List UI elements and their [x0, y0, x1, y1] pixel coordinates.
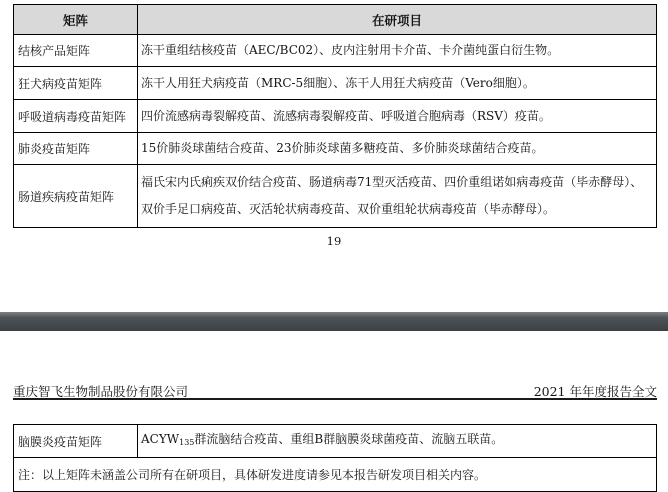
rd-matrix-table: 矩阵 在研项目 结核产品矩阵 冻干重组结核疫苗（AEC/BC02）、皮内注射用卡…	[13, 4, 657, 228]
table-row: 狂犬病疫苗矩阵 冻干人用狂犬病疫苗（MRC-5细胞）、冻干人用狂犬病疫苗（Ver…	[14, 67, 657, 100]
page-divider-bar	[0, 312, 668, 331]
table-row: 脑膜炎疫苗矩阵 ACYW135群流脑结合疫苗、重组B群脑膜炎球菌疫苗、流脑五联苗…	[14, 425, 657, 458]
projects-cell: 福氏宋内氏痢疾双价结合疫苗、肠道病毒71型灭活疫苗、四价重组诺如病毒疫苗（毕赤酵…	[138, 165, 657, 228]
projects-text-prefix: ACYW	[141, 432, 179, 446]
column-header-projects: 在研项目	[138, 5, 657, 35]
matrix-cell: 呼吸道病毒疫苗矩阵	[14, 100, 138, 133]
page-header-rule	[13, 398, 657, 400]
note-row: 注：以上矩阵未涵盖公司所有在研项目，具体研发进度请参见本报告研发项目相关内容。	[14, 458, 657, 492]
rd-matrix-table-continued: 脑膜炎疫苗矩阵 ACYW135群流脑结合疫苗、重组B群脑膜炎球菌疫苗、流脑五联苗…	[13, 424, 657, 492]
matrix-cell: 结核产品矩阵	[14, 35, 138, 67]
table-row: 结核产品矩阵 冻干重组结核疫苗（AEC/BC02）、皮内注射用卡介苗、卡介菌纯蛋…	[14, 35, 657, 67]
matrix-cell: 狂犬病疫苗矩阵	[14, 67, 138, 100]
matrix-cell: 肺炎疫苗矩阵	[14, 133, 138, 165]
table-row: 肠道疾病疫苗矩阵 福氏宋内氏痢疾双价结合疫苗、肠道病毒71型灭活疫苗、四价重组诺…	[14, 165, 657, 228]
table-row: 呼吸道病毒疫苗矩阵 四价流感病毒裂解疫苗、流感病毒裂解疫苗、呼吸道合胞病毒（RS…	[14, 100, 657, 133]
subscript-135: 135	[179, 438, 194, 447]
matrix-cell: 肠道疾病疫苗矩阵	[14, 165, 138, 228]
page-number: 19	[0, 234, 668, 248]
table-row: 肺炎疫苗矩阵 15价肺炎球菌结合疫苗、23价肺炎球菌多糖疫苗、多价肺炎球菌结合疫…	[14, 133, 657, 165]
projects-cell: 15价肺炎球菌结合疫苗、23价肺炎球菌多糖疫苗、多价肺炎球菌结合疫苗。	[138, 133, 657, 165]
projects-cell: 冻干重组结核疫苗（AEC/BC02）、皮内注射用卡介苗、卡介菌纯蛋白衍生物。	[138, 35, 657, 67]
column-header-matrix: 矩阵	[14, 5, 138, 35]
projects-cell: 冻干人用狂犬病疫苗（MRC-5细胞）、冻干人用狂犬病疫苗（Vero细胞）。	[138, 67, 657, 100]
matrix-cell: 脑膜炎疫苗矩阵	[14, 425, 138, 458]
note-cell: 注：以上矩阵未涵盖公司所有在研项目，具体研发进度请参见本报告研发项目相关内容。	[14, 458, 657, 492]
projects-cell: 四价流感病毒裂解疫苗、流感病毒裂解疫苗、呼吸道合胞病毒（RSV）疫苗。	[138, 100, 657, 133]
projects-cell: ACYW135群流脑结合疫苗、重组B群脑膜炎球菌疫苗、流脑五联苗。	[138, 425, 657, 458]
projects-text-rest: 群流脑结合疫苗、重组B群脑膜炎球菌疫苗、流脑五联苗。	[194, 432, 503, 446]
table-header-row: 矩阵 在研项目	[14, 5, 657, 35]
